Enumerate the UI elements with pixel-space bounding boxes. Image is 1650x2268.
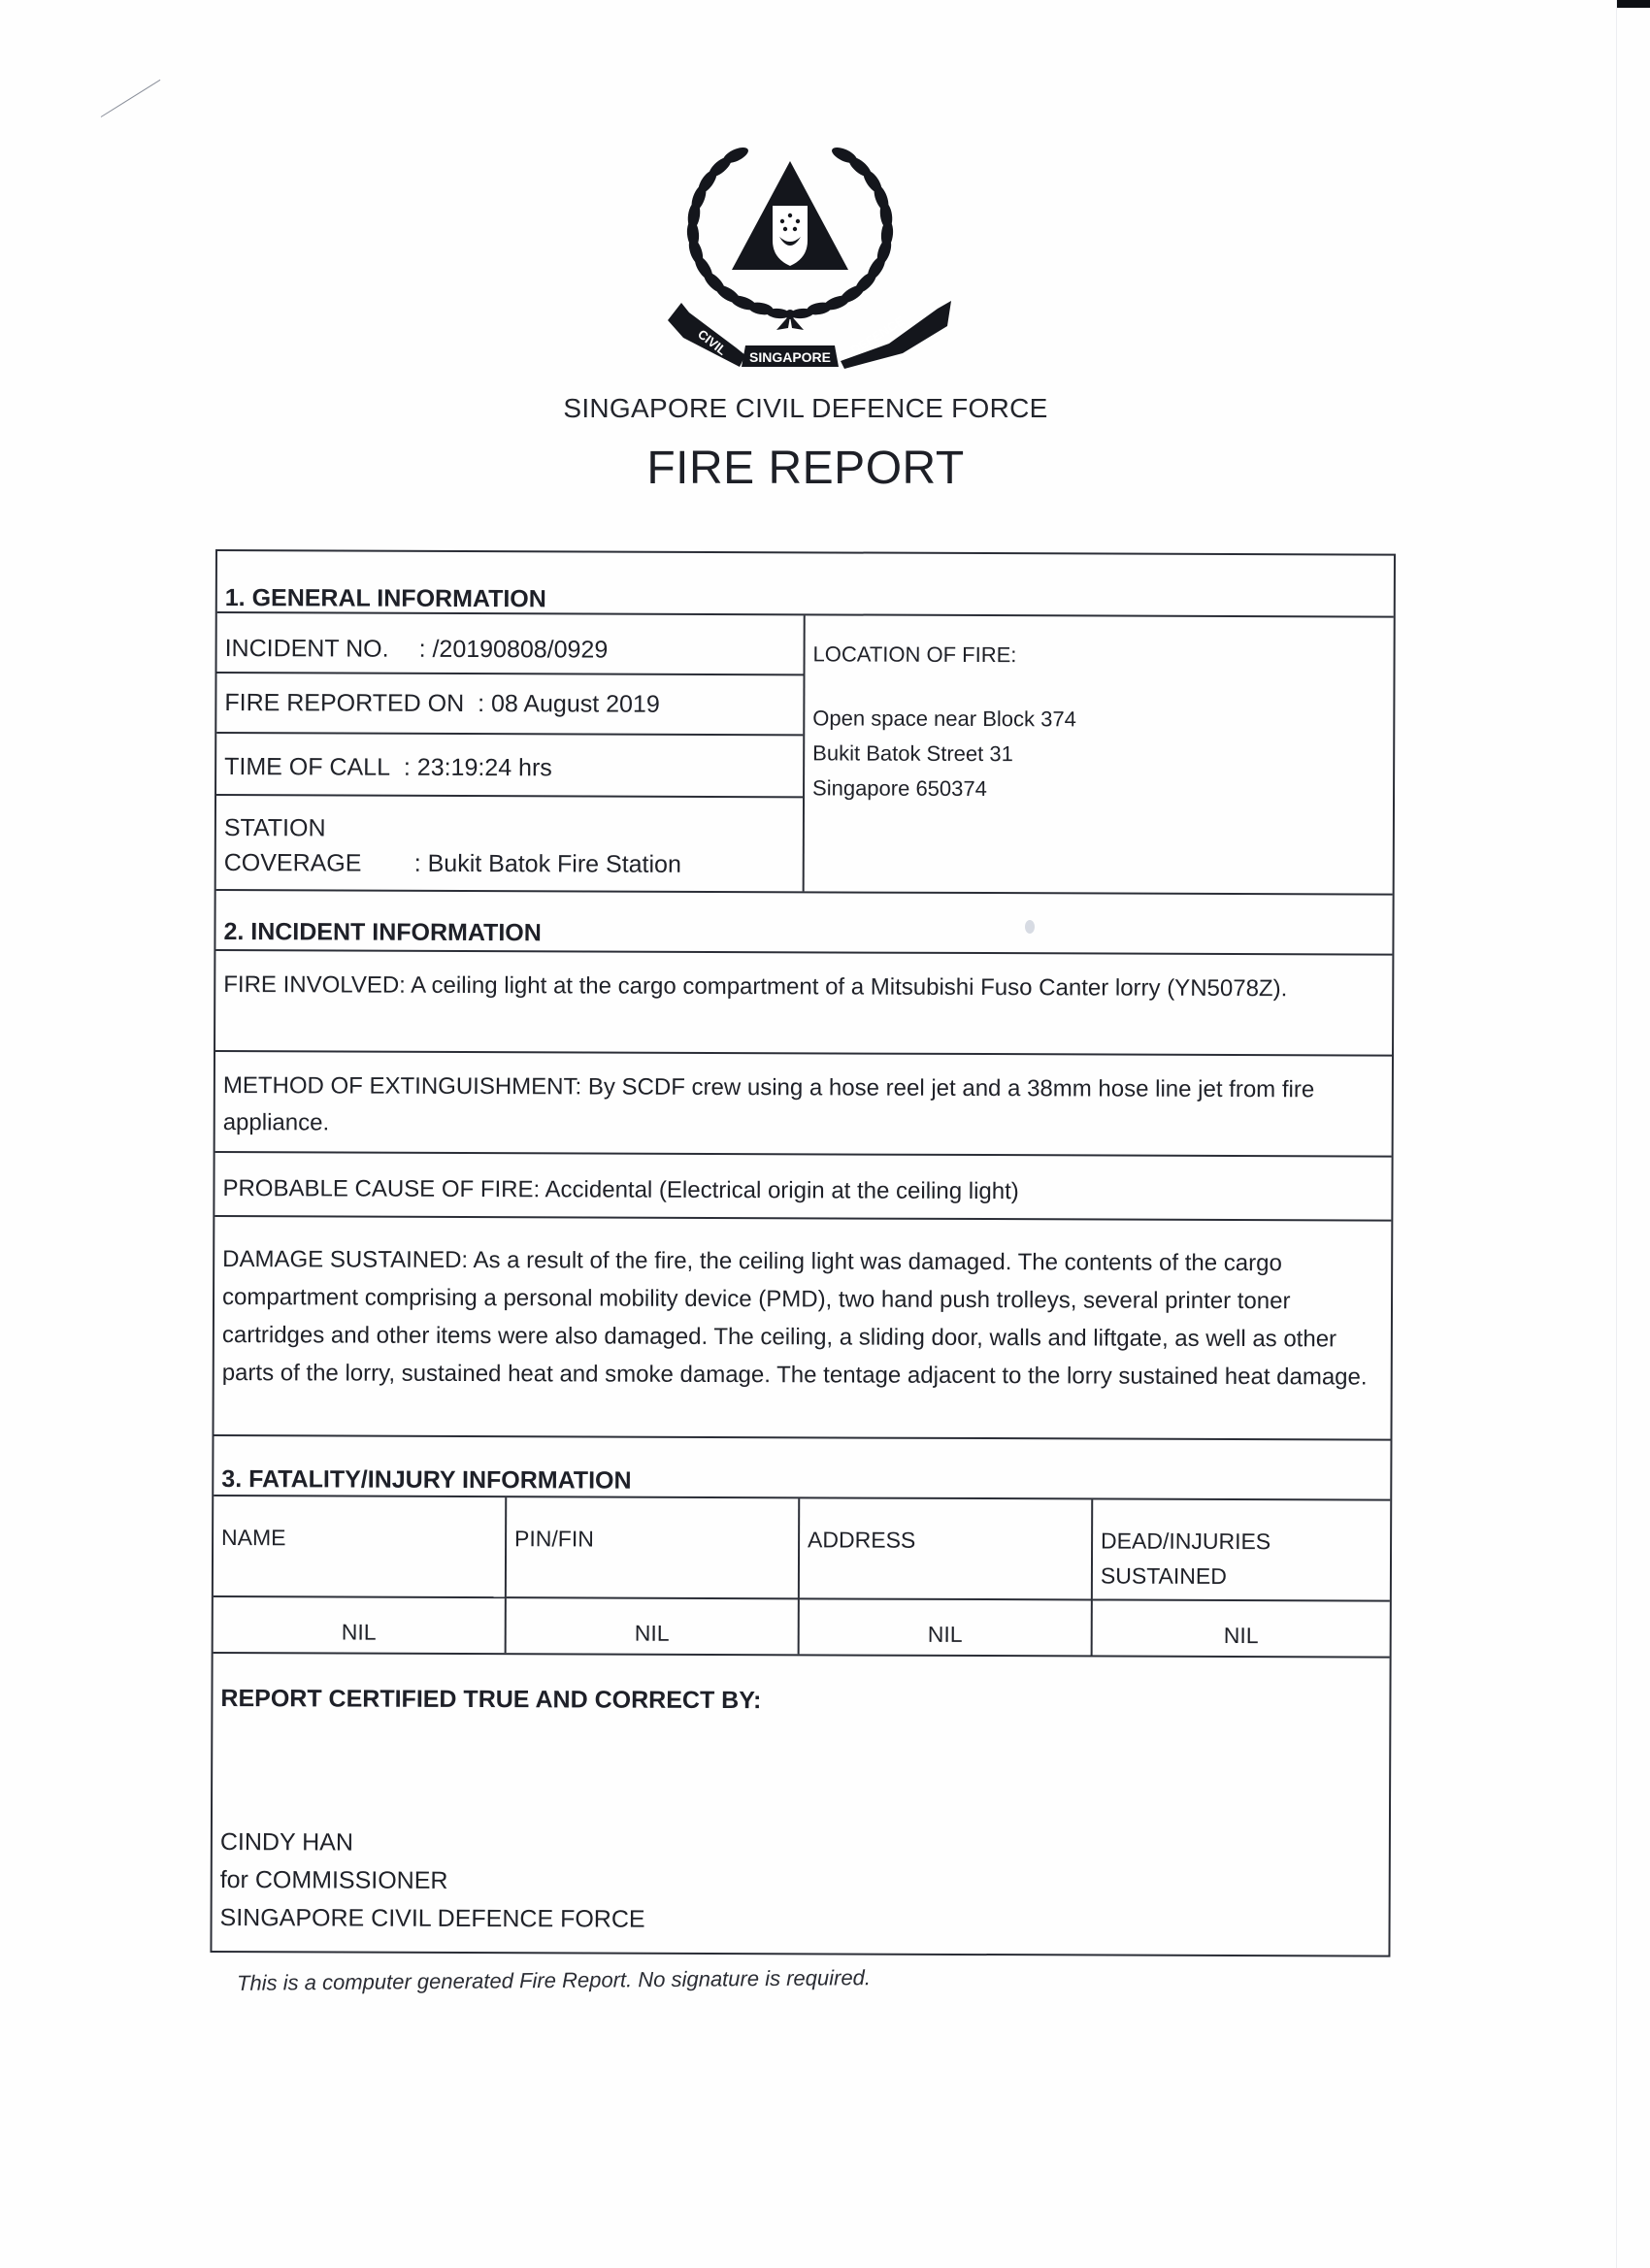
fire-reported-on-separator: :: [478, 690, 484, 718]
general-information-grid: INCIDENT NO. : /20190808/0929 FIRE REPOR…: [216, 613, 1394, 896]
section-incident-information-heading: 2. INCIDENT INFORMATION: [215, 891, 1392, 956]
column-header-dead-injuries: DEAD/INJURIES SUSTAINED: [1093, 1499, 1390, 1601]
table-cell-name: NIL: [214, 1597, 507, 1653]
location-line: Singapore 650374: [812, 771, 1385, 807]
fire-involved-value: A ceiling light at the cargo compartment…: [411, 972, 1287, 1002]
station-coverage-label-line1: STATION: [224, 810, 326, 845]
fire-reported-on-field: FIRE REPORTED ON : 08 August 2019: [216, 674, 803, 736]
agency-name: SINGAPORE CIVIL DEFENCE FORCE: [0, 393, 1611, 424]
column-header-name: NAME: [214, 1496, 507, 1598]
section-general-information-heading: 1. GENERAL INFORMATION: [217, 551, 1394, 618]
damage-sustained-field: DAMAGE SUSTAINED: As a result of the fir…: [214, 1217, 1391, 1441]
location-line: Open space near Block 374: [812, 701, 1385, 738]
incident-number-label: INCIDENT NO.: [225, 635, 419, 664]
general-information-fields: INCIDENT NO. : /20190808/0929 FIRE REPOR…: [216, 613, 806, 891]
section-fatality-injury-heading: 3. FATALITY/INJURY INFORMATION: [214, 1436, 1390, 1501]
location-of-fire-field: LOCATION OF FIRE: Open space near Block …: [805, 615, 1394, 893]
fire-report-page: CIVIL SINGAPORE DEFENCE SINGAPORE CIVIL …: [0, 0, 1650, 2268]
certification-heading: REPORT CERTIFIED TRUE AND CORRECT BY:: [220, 1685, 1381, 1718]
location-of-fire-label: LOCATION OF FIRE:: [813, 637, 1386, 674]
certification-block: REPORT CERTIFIED TRUE AND CORRECT BY: CI…: [212, 1654, 1389, 1956]
probable-cause-label: PROBABLE CAUSE OF FIRE:: [222, 1175, 540, 1202]
method-of-extinguishment-label: METHOD OF EXTINGUISHMENT:: [223, 1072, 581, 1100]
location-line: Bukit Batok Street 31: [812, 736, 1385, 772]
table-cell-dead-injuries: NIL: [1093, 1600, 1390, 1656]
emblem-banner-center: SINGAPORE: [749, 349, 831, 365]
column-header-pin-fin: PIN/FIN: [507, 1497, 800, 1599]
incident-number-field: INCIDENT NO. : /20190808/0929: [217, 613, 804, 675]
fatality-injury-table: NAME PIN/FIN ADDRESS DEAD/INJURIES SUSTA…: [214, 1496, 1391, 1659]
time-of-call-field: TIME OF CALL : 23:19:24 hrs: [216, 734, 803, 798]
method-of-extinguishment-field: METHOD OF EXTINGUISHMENT: By SCDF crew u…: [215, 1052, 1392, 1158]
fire-involved-label: FIRE INVOLVED:: [223, 971, 406, 999]
scan-edge-line: [1616, 0, 1617, 2268]
scan-edge-mark: [1617, 0, 1650, 8]
signatory-organisation: SINGAPORE CIVIL DEFENCE FORCE: [220, 1899, 1381, 1942]
station-coverage-label-line2: COVERAGE: [224, 845, 414, 881]
time-of-call-value: 23:19:24 hrs: [417, 753, 552, 782]
pen-mark: [101, 80, 161, 117]
incident-number-separator: :: [419, 635, 426, 663]
time-of-call-label: TIME OF CALL: [224, 753, 390, 782]
signatory-name: CINDY HAN: [220, 1824, 1381, 1866]
probable-cause-field: PROBABLE CAUSE OF FIRE: Accidental (Elec…: [214, 1153, 1391, 1222]
station-coverage-field: STATION COVERAGE: Bukit Batok Fire Stati…: [216, 796, 803, 891]
fire-involved-field: FIRE INVOLVED: A ceiling light at the ca…: [215, 951, 1392, 1057]
computer-generated-note: This is a computer generated Fire Report…: [237, 1965, 871, 1996]
incident-number-value: /20190808/0929: [432, 635, 608, 664]
signatory-on-behalf: for COMMISSIONER: [220, 1861, 1381, 1904]
table-cell-pin-fin: NIL: [507, 1598, 800, 1654]
station-coverage-value: Bukit Batok Fire Station: [428, 850, 681, 878]
table-cell-address: NIL: [800, 1599, 1093, 1655]
scdf-crest-icon: CIVIL SINGAPORE DEFENCE: [664, 136, 955, 378]
fire-report-form: 1. GENERAL INFORMATION INCIDENT NO. : /2…: [210, 549, 1396, 1957]
fire-reported-on-label: FIRE REPORTED ON: [224, 689, 464, 718]
fire-reported-on-value: 08 August 2019: [491, 690, 660, 719]
signatory-block: CINDY HAN for COMMISSIONER SINGAPORE CIV…: [220, 1824, 1381, 1942]
column-header-address: ADDRESS: [800, 1498, 1093, 1600]
time-of-call-separator: :: [404, 753, 411, 781]
document-title: FIRE REPORT: [0, 442, 1611, 495]
damage-sustained-label: DAMAGE SUSTAINED:: [222, 1246, 468, 1273]
station-coverage-separator: :: [414, 850, 421, 877]
probable-cause-value: Accidental (Electrical origin at the cei…: [545, 1176, 1019, 1204]
